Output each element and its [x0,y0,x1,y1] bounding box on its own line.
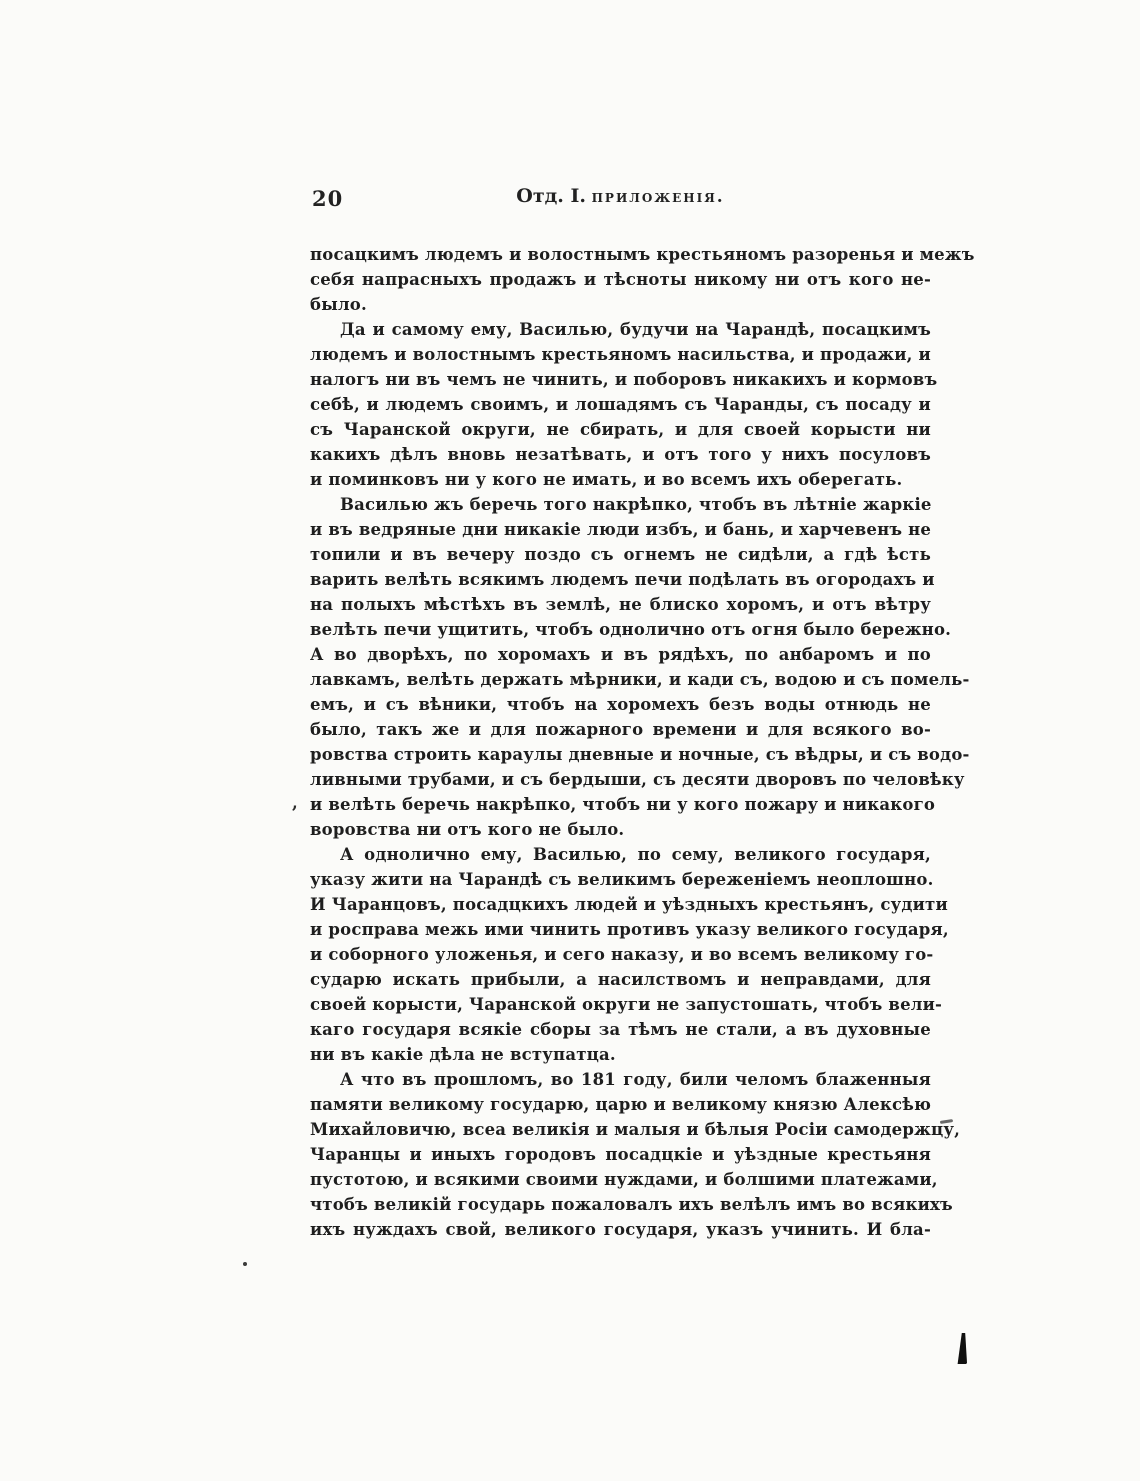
text-line: памяти великому государю, царю и великом… [310,1092,931,1117]
text-line: людемъ и волостнымъ крестьяномъ насильст… [310,342,931,367]
text-line: каго государя всякіе сборы за тѣмъ не ст… [310,1017,931,1042]
text-line: на полыхъ мѣстѣхъ въ землѣ, не блиско хо… [310,592,931,617]
text-line: указу жити на Чарандѣ съ великимъ береже… [310,867,931,892]
text-line: чтобъ великій государь пожаловалъ ихъ ве… [310,1192,931,1217]
page-header: 20 Отд. I. приложенія. [310,185,931,211]
running-title: Отд. I. приложенія. [310,185,931,207]
stray-comma-artifact: , [292,790,298,815]
text-line: и соборного уложенья, и сего наказу, и в… [310,942,931,967]
text-line: Михайловичю, всеа великія и малыя и бѣлы… [310,1117,931,1142]
text-line: А во дворѣхъ, по хоромахъ и въ рядѣхъ, п… [310,642,931,667]
text-line: воровства ни отъ кого не было. [310,817,931,842]
text-line: топили и въ вечеру поздо съ огнемъ не си… [310,542,931,567]
text-line: и велѣть беречь накрѣпко, чтобъ ни у ког… [310,792,931,817]
text-line: какихъ дѣлъ вновь незатѣвать, и отъ того… [310,442,931,467]
text-line: налогъ ни въ чемъ не чинить, и поборовъ … [310,367,931,392]
text-line: ровства строить караулы дневные и ночные… [310,742,931,767]
text-line: себѣ, и людемъ своимъ, и лошадямъ съ Чар… [310,392,931,417]
text-line: и въ ведряные дни никакіе люди избъ, и б… [310,517,931,542]
text-line: ливными трубами, и съ бердыши, съ десяти… [310,767,931,792]
text-line: велѣть печи ущитить, чтобъ однолично отъ… [310,617,931,642]
running-title-section: Отд. I. [516,185,586,207]
text-line: съ Чаранской округи, не сбирать, и для с… [310,417,931,442]
text-line: ни въ какіе дѣла не вступатца. [310,1042,931,1067]
text-line: себя напрасныхъ продажъ и тѣсноты никому… [310,267,931,292]
text-line: Чаранцы и иныхъ городовъ посадцкіе и уѣз… [310,1142,931,1167]
text-line: было, такъ же и для пожарного времени и … [310,717,931,742]
page-number: 20 [312,186,343,211]
text-line: лавкамъ, велѣть держать мѣрники, и кади … [310,667,931,692]
text-block: посацкимъ людемъ и волостнымъ крестьяном… [310,242,931,1242]
text-line: А однолично ему, Василью, по сему, велик… [310,842,931,867]
text-line: А что въ прошломъ, во 181 году, били чел… [310,1067,931,1092]
text-line: и росправа межь ими чинить противъ указу… [310,917,931,942]
text-line: и поминковъ ни у кого не имать, и во все… [310,467,931,492]
ink-blot-artifact [957,1333,967,1364]
text-line: емъ, и съ вѣники, чтобъ на хоромехъ безъ… [310,692,931,717]
text-line: Да и самому ему, Василью, будучи на Чара… [310,317,931,342]
text-column: 20 Отд. I. приложенія. посацкимъ людемъ … [310,185,931,1242]
text-line: варить велѣть всякимъ людемъ печи подѣла… [310,567,931,592]
text-line: пустотою, и всякими своими нуждами, и бо… [310,1167,931,1192]
text-line: ихъ нуждахъ свой, великого государя, ука… [310,1217,931,1242]
text-line: Василью жъ беречь того накрѣпко, чтобъ в… [310,492,931,517]
text-line: посацкимъ людемъ и волостнымъ крестьяном… [310,242,931,267]
scanned-book-page: 20 Отд. I. приложенія. посацкимъ людемъ … [0,0,1140,1481]
text-line: своей корысти, Чаранской округи не запус… [310,992,931,1017]
text-line: И Чаранцовъ, посадцкихъ людей и уѣздныхъ… [310,892,931,917]
margin-dot-artifact [243,1262,247,1266]
running-title-word: приложенія. [592,187,725,207]
text-line: сударю искать прибыли, а насилствомъ и н… [310,967,931,992]
text-line: было. [310,292,931,317]
